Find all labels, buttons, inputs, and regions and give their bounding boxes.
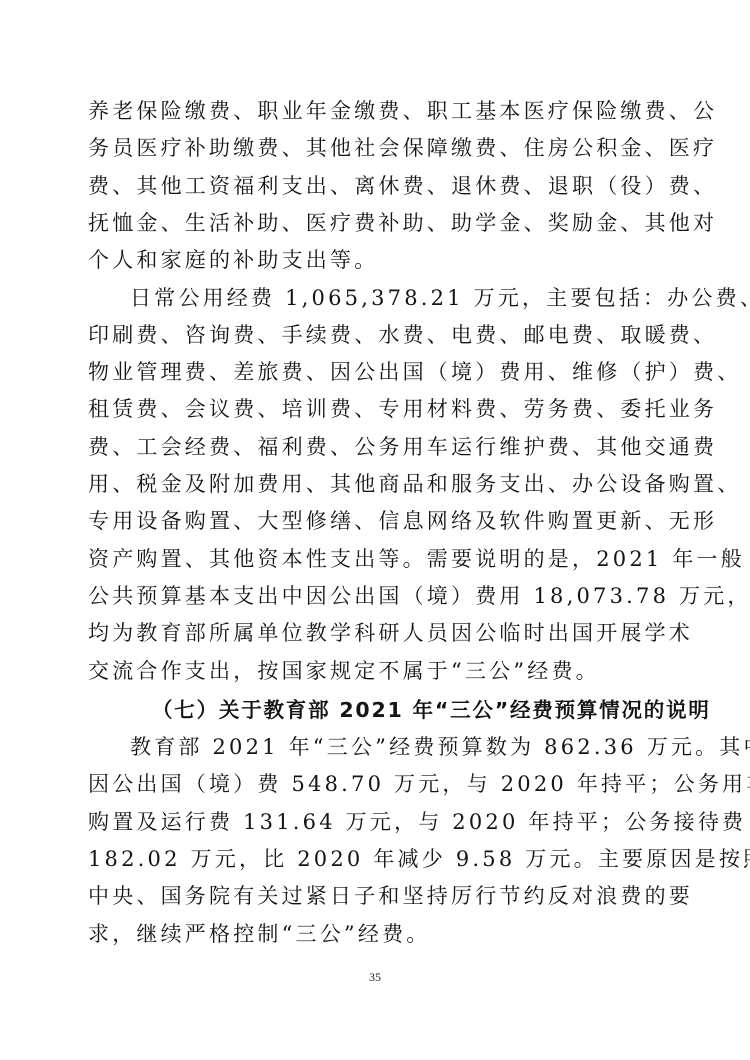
text-line: 求，继续严格控制“三公”经费。 [88, 920, 660, 948]
text-line: 物业管理费、差旅费、因公出国（境）费用、维修（护）费、 [88, 358, 660, 386]
text-line: 费、其他工资福利支出、离休费、退休费、退职（役）费、 [88, 172, 660, 200]
text-line: 用、税金及附加费用、其他商品和服务支出、办公设备购置、 [88, 470, 660, 498]
text-line: 务员医疗补助缴费、其他社会保障缴费、住房公积金、医疗 [88, 134, 660, 162]
section-heading: （七）关于教育部 2021 年“三公”经费预算情况的说明 [152, 696, 662, 724]
text-line: 教育部 2021 年“三公”经费预算数为 862.36 万元。其中： [130, 733, 660, 761]
text-line: 抚恤金、生活补助、医疗费补助、助学金、奖励金、其他对 [88, 209, 660, 237]
text-line: 个人和家庭的补助支出等。 [88, 246, 660, 274]
text-line: 养老保险缴费、职业年金缴费、职工基本医疗保险缴费、公 [88, 97, 660, 125]
text-line: 租赁费、会议费、培训费、专用材料费、劳务费、委托业务 [88, 395, 660, 423]
text-line: 因公出国（境）费 548.70 万元，与 2020 年持平；公务用车 [88, 770, 660, 798]
text-line: 资产购置、其他资本性支出等。需要说明的是，2021 年一般 [88, 545, 660, 573]
text-line: 中央、国务院有关过紧日子和坚持厉行节约反对浪费的要 [88, 882, 660, 910]
page-number: 35 [0, 970, 750, 985]
text-line: 费、工会经费、福利费、公务用车运行维护费、其他交通费 [88, 433, 660, 461]
document-page: 养老保险缴费、职业年金缴费、职工基本医疗保险缴费、公 务员医疗补助缴费、其他社会… [0, 0, 750, 1060]
text-line: 均为教育部所属单位教学科研人员因公临时出国开展学术 [88, 619, 660, 647]
text-line: 日常公用经费 1,065,378.21 万元，主要包括：办公费、 [130, 284, 660, 312]
text-line: 印刷费、咨询费、手续费、水费、电费、邮电费、取暖费、 [88, 321, 660, 349]
text-line: 公共预算基本支出中因公出国（境）费用 18,073.78 万元， [88, 582, 660, 610]
text-line: 交流合作支出，按国家规定不属于“三公”经费。 [88, 657, 660, 685]
text-line: 182.02 万元，比 2020 年减少 9.58 万元。主要原因是按照党 [88, 845, 660, 873]
text-line: 购置及运行费 131.64 万元，与 2020 年持平；公务接待费 [88, 808, 660, 836]
text-line: 专用设备购置、大型修缮、信息网络及软件购置更新、无形 [88, 507, 660, 535]
